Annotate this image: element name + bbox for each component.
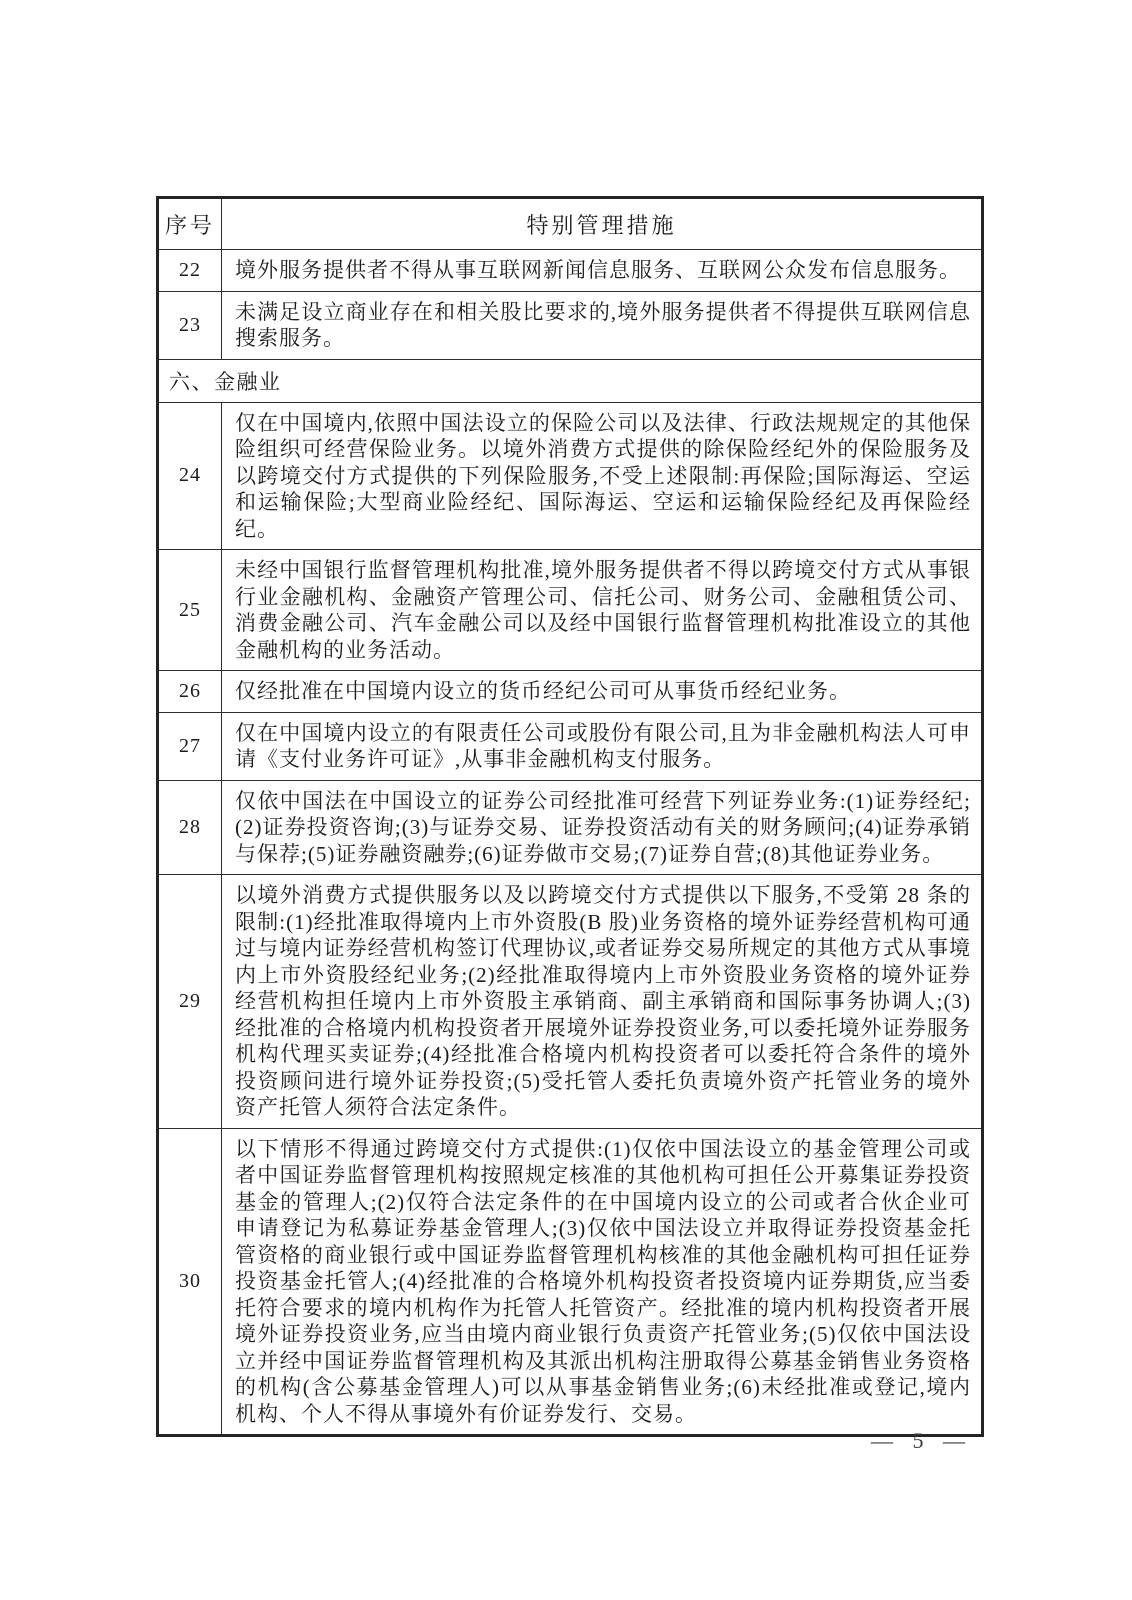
table-row: 26 仅经批准在中国境内设立的货币经纪公司可从事货币经纪业务。 (158, 671, 983, 713)
measure-text: 未满足设立商业存在和相关股比要求的,境外服务提供者不得提供互联网信息搜索服务。 (222, 291, 983, 359)
row-number: 23 (158, 291, 222, 359)
row-number: 26 (158, 671, 222, 713)
table-row: 29 以境外消费方式提供服务以及以跨境交付方式提供以下服务,不受第 28 条的限… (158, 875, 983, 1129)
measure-text: 仅依中国法在中国设立的证券公司经批准可经营下列证券业务:(1)证券经纪;(2)证… (222, 780, 983, 875)
table-body: 22 境外服务提供者不得从事互联网新闻信息服务、互联网公众发布信息服务。 23 … (158, 250, 983, 1436)
table-row: 27 仅在中国境内设立的有限责任公司或股份有限公司,且为非金融机构法人可申请《支… (158, 712, 983, 780)
row-number: 30 (158, 1128, 222, 1436)
measure-text: 仅在中国境内设立的有限责任公司或股份有限公司,且为非金融机构法人可申请《支付业务… (222, 712, 983, 780)
row-number: 27 (158, 712, 222, 780)
measure-text: 仅经批准在中国境内设立的货币经纪公司可从事货币经纪业务。 (222, 671, 983, 713)
measure-text: 未经中国银行监督管理机构批准,境外服务提供者不得以跨境交付方式从事银行业金融机构… (222, 550, 983, 671)
table-row: 30 以下情形不得通过跨境交付方式提供:(1)仅依中国法设立的基金管理公司或者中… (158, 1128, 983, 1436)
column-header-measures: 特别管理措施 (222, 198, 983, 250)
row-number: 29 (158, 875, 222, 1129)
page-number: — 5 — (848, 1428, 988, 1454)
measure-text: 仅在中国境内,依照中国法设立的保险公司以及法律、行政法规规定的其他保险组织可经营… (222, 402, 983, 550)
column-header-serial-no: 序号 (158, 198, 222, 250)
section-title: 六、金融业 (158, 359, 983, 402)
table-header-row: 序号 特别管理措施 (158, 198, 983, 250)
table-row: 24 仅在中国境内,依照中国法设立的保险公司以及法律、行政法规规定的其他保险组织… (158, 402, 983, 550)
measure-text: 以境外消费方式提供服务以及以跨境交付方式提供以下服务,不受第 28 条的限制:(… (222, 875, 983, 1129)
table-row: 25 未经中国银行监督管理机构批准,境外服务提供者不得以跨境交付方式从事银行业金… (158, 550, 983, 671)
row-number: 28 (158, 780, 222, 875)
table-row: 28 仅依中国法在中国设立的证券公司经批准可经营下列证券业务:(1)证券经纪;(… (158, 780, 983, 875)
section-row: 六、金融业 (158, 359, 983, 402)
row-number: 25 (158, 550, 222, 671)
row-number: 24 (158, 402, 222, 550)
special-measures-table: 序号 特别管理措施 22 境外服务提供者不得从事互联网新闻信息服务、互联网公众发… (156, 196, 984, 1437)
table-row: 23 未满足设立商业存在和相关股比要求的,境外服务提供者不得提供互联网信息搜索服… (158, 291, 983, 359)
measure-text: 境外服务提供者不得从事互联网新闻信息服务、互联网公众发布信息服务。 (222, 250, 983, 292)
document-page: 序号 特别管理措施 22 境外服务提供者不得从事互联网新闻信息服务、互联网公众发… (0, 0, 1132, 1600)
measure-text: 以下情形不得通过跨境交付方式提供:(1)仅依中国法设立的基金管理公司或者中国证券… (222, 1128, 983, 1436)
row-number: 22 (158, 250, 222, 292)
table-row: 22 境外服务提供者不得从事互联网新闻信息服务、互联网公众发布信息服务。 (158, 250, 983, 292)
